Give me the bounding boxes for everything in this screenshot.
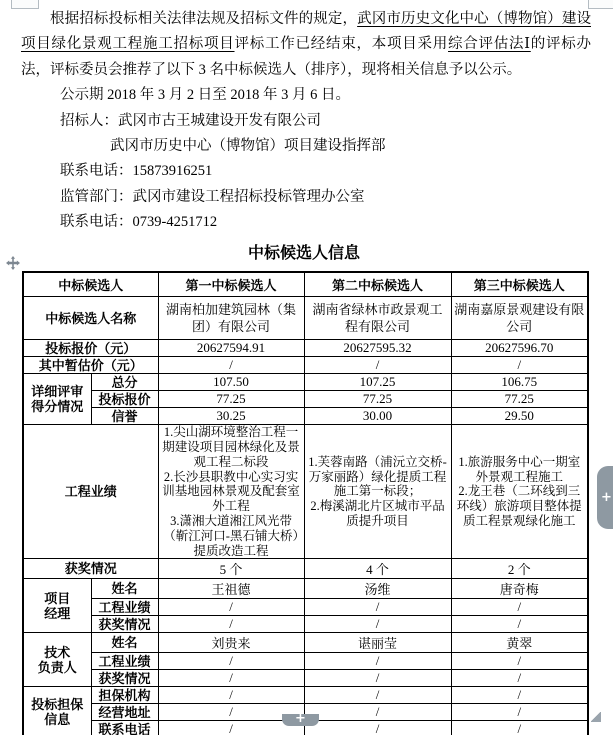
header-candidate1-cell: 第一中标候选人 bbox=[158, 272, 304, 297]
evaluation-method-underlined: 综合评估法Ⅰ bbox=[448, 36, 531, 52]
table-resize-handle[interactable] bbox=[591, 712, 601, 722]
candidate1-tech-awards: / bbox=[158, 670, 304, 687]
price-score-label: 投标报价 bbox=[91, 391, 158, 408]
candidate3-works: 1.旅游服务中心一期室外景观工程施工 2.龙王巷（二环线到三环线）旅游项目整体提… bbox=[451, 425, 588, 559]
table-row: 中标候选人名称 湖南柏加建筑园林（集团）有限公司 湖南省绿林市政景观工程有限公司… bbox=[23, 297, 588, 340]
pm-works-label: 工程业绩 bbox=[91, 599, 158, 616]
candidate-name-label: 中标候选人名称 bbox=[23, 297, 158, 340]
add-column-plus-icon: + bbox=[601, 490, 612, 505]
document-page: { "document": { "intro": { "seg1": "根据招标… bbox=[0, 0, 613, 735]
candidate2-pm-awards: / bbox=[304, 616, 451, 633]
table-row: 投标报价（元） 20627594.91 20627595.32 20627596… bbox=[23, 340, 588, 357]
supervisor-line: 监管部门：武冈市建设工程招标投标管理办公室 bbox=[60, 185, 591, 210]
candidate3-tech-works: / bbox=[451, 653, 588, 670]
table-row: 投标担保 信息 担保机构 / / / bbox=[23, 687, 588, 704]
table-move-handle[interactable] bbox=[6, 256, 20, 270]
candidate3-guarantee-phone: / bbox=[451, 721, 588, 735]
candidate3-guarantee-address: / bbox=[451, 704, 588, 721]
score-group-label: 详细评审 得分情况 bbox=[23, 374, 91, 425]
add-row-button[interactable]: + bbox=[282, 714, 319, 726]
candidate1-name: 湖南柏加建筑园林（集团）有限公司 bbox=[158, 297, 304, 340]
intro-seg3: 评标工作已经结束，本项目采用 bbox=[235, 36, 449, 52]
candidate3-guarantee-org: / bbox=[451, 687, 588, 704]
candidate3-pm-works: / bbox=[451, 599, 588, 616]
table-row: 技术 负责人 姓名 刘贵来 谌丽莹 黄翠 bbox=[23, 633, 588, 653]
table-title: 中标候选人信息 bbox=[21, 243, 587, 265]
table-row: 获奖情况 / / / bbox=[23, 616, 588, 633]
candidate1-total-score: 107.50 bbox=[158, 374, 304, 391]
tech-awards-label: 获奖情况 bbox=[91, 670, 158, 687]
candidates-table: 中标候选人 第一中标候选人 第二中标候选人 第三中标候选人 中标候选人名称 湖南… bbox=[22, 271, 589, 735]
guarantee-phone-label: 联系电话 bbox=[91, 721, 158, 735]
add-row-plus-icon: + bbox=[295, 711, 306, 726]
candidate2-guarantee-phone: / bbox=[304, 721, 451, 735]
tech-group-label: 技术 负责人 bbox=[23, 633, 91, 687]
contact-phone-line-1: 联系电话：15873916251 bbox=[60, 159, 591, 184]
candidate1-price-score: 77.25 bbox=[158, 391, 304, 408]
candidate2-guarantee-org: / bbox=[304, 687, 451, 704]
pm-awards-label: 获奖情况 bbox=[91, 616, 158, 633]
candidate1-credit-score: 30.25 bbox=[158, 408, 304, 425]
candidate2-guarantee-address: / bbox=[304, 704, 451, 721]
candidate3-tech-name: 黄翠 bbox=[451, 633, 588, 653]
works-label: 工程业绩 bbox=[23, 425, 158, 559]
guarantee-address-label: 经营地址 bbox=[91, 704, 158, 721]
candidate3-total-score: 106.75 bbox=[451, 374, 588, 391]
candidate3-estimate: / bbox=[451, 357, 588, 374]
candidate1-estimate: / bbox=[158, 357, 304, 374]
credit-score-label: 信誉 bbox=[91, 408, 158, 425]
candidate3-tech-awards: / bbox=[451, 670, 588, 687]
candidate1-tech-name: 刘贵来 bbox=[158, 633, 304, 653]
intro-paragraph: 根据招标投标相关法律法规及招标文件的规定，武冈市历史文化中心（博物馆）建设项目绿… bbox=[21, 7, 591, 83]
candidate1-guarantee-org: / bbox=[158, 687, 304, 704]
tech-works-label: 工程业绩 bbox=[91, 653, 158, 670]
estimate-label: 其中暂估价（元） bbox=[23, 357, 158, 374]
candidate2-total-score: 107.25 bbox=[304, 374, 451, 391]
contact-phone-line-2: 联系电话：0739-4251712 bbox=[60, 210, 591, 235]
candidate1-works: 1.尖山湖环境整治工程一期建设项目园林绿化及景观工程二标段 2.长沙县职教中心实… bbox=[158, 425, 304, 559]
header-candidate3-cell: 第三中标候选人 bbox=[451, 272, 588, 297]
candidate3-bid-price: 20627596.70 bbox=[451, 340, 588, 357]
table-row: 投标报价 77.25 77.25 77.25 bbox=[23, 391, 588, 408]
table-row: 工程业绩 1.尖山湖环境整治工程一期建设项目园林绿化及景观工程二标段 2.长沙县… bbox=[23, 425, 588, 559]
candidate2-tech-name: 谌丽莹 bbox=[304, 633, 451, 653]
candidate1-pm-name: 王祖德 bbox=[158, 579, 304, 599]
candidate1-pm-awards: / bbox=[158, 616, 304, 633]
tenderer-line: 招标人：武冈市古王城建设开发有限公司 bbox=[60, 109, 591, 134]
candidate3-awards: 2 个 bbox=[451, 559, 588, 579]
tenderer-line2: 武冈市历史中心（博物馆）项目建设指挥部 bbox=[110, 134, 591, 159]
candidate2-pm-works: / bbox=[304, 599, 451, 616]
table-row: 获奖情况 5 个 4 个 2 个 bbox=[23, 559, 588, 579]
candidate2-name: 湖南省绿林市政景观工程有限公司 bbox=[304, 297, 451, 340]
awards-label: 获奖情况 bbox=[23, 559, 158, 579]
candidate1-bid-price: 20627594.91 bbox=[158, 340, 304, 357]
table-row: 工程业绩 / / / bbox=[23, 653, 588, 670]
tech-name-label: 姓名 bbox=[91, 633, 158, 653]
candidate2-estimate: / bbox=[304, 357, 451, 374]
table-row: 详细评审 得分情况 总分 107.50 107.25 106.75 bbox=[23, 374, 588, 391]
candidate2-price-score: 77.25 bbox=[304, 391, 451, 408]
guarantee-group-label: 投标担保 信息 bbox=[23, 687, 91, 735]
candidate1-pm-works: / bbox=[158, 599, 304, 616]
candidate2-awards: 4 个 bbox=[304, 559, 451, 579]
candidate2-credit-score: 30.00 bbox=[304, 408, 451, 425]
candidate3-name: 湖南嘉原景观建设有限公司 bbox=[451, 297, 588, 340]
candidate2-bid-price: 20627595.32 bbox=[304, 340, 451, 357]
header-candidate2-cell: 第二中标候选人 bbox=[304, 272, 451, 297]
table-row: 信誉 30.25 30.00 29.50 bbox=[23, 408, 588, 425]
pm-name-label: 姓名 bbox=[91, 579, 158, 599]
document-body: 根据招标投标相关法律法规及招标文件的规定，武冈市历史文化中心（博物馆）建设项目绿… bbox=[21, 0, 591, 735]
candidate1-awards: 5 个 bbox=[158, 559, 304, 579]
add-column-button[interactable]: + bbox=[597, 466, 613, 529]
publicity-period-line: 公示期 2018 年 3 月 2 日至 2018 年 3 月 6 日。 bbox=[60, 83, 591, 108]
bid-price-label: 投标报价（元） bbox=[23, 340, 158, 357]
table-row: 其中暂估价（元） / / / bbox=[23, 357, 588, 374]
four-way-move-icon bbox=[6, 257, 20, 274]
candidate3-pm-name: 唐奇梅 bbox=[451, 579, 588, 599]
candidate2-pm-name: 汤维 bbox=[304, 579, 451, 599]
candidate1-tech-works: / bbox=[158, 653, 304, 670]
candidate2-works: 1.芙蓉南路（浦沅立交桥-万家丽路）绿化提质工程施工第一标段； 2.梅溪湖北片区… bbox=[304, 425, 451, 559]
pm-group-label: 项目 经理 bbox=[23, 579, 91, 633]
total-score-label: 总分 bbox=[91, 374, 158, 391]
table-row: 获奖情况 / / / bbox=[23, 670, 588, 687]
intro-seg1: 根据招标投标相关法律法规及招标文件的规定， bbox=[50, 11, 357, 27]
header-label-cell: 中标候选人 bbox=[23, 272, 158, 297]
candidate1-guarantee-phone: / bbox=[158, 721, 304, 735]
table-row: 中标候选人 第一中标候选人 第二中标候选人 第三中标候选人 bbox=[23, 272, 588, 297]
page-corner-marker-right bbox=[588, 0, 613, 9]
candidate3-price-score: 77.25 bbox=[451, 391, 588, 408]
table-row: 项目 经理 姓名 王祖德 汤维 唐奇梅 bbox=[23, 579, 588, 599]
guarantee-org-label: 担保机构 bbox=[91, 687, 158, 704]
table-row: 工程业绩 / / / bbox=[23, 599, 588, 616]
candidate2-tech-awards: / bbox=[304, 670, 451, 687]
candidate3-pm-awards: / bbox=[451, 616, 588, 633]
candidate3-credit-score: 29.50 bbox=[451, 408, 588, 425]
candidate2-tech-works: / bbox=[304, 653, 451, 670]
